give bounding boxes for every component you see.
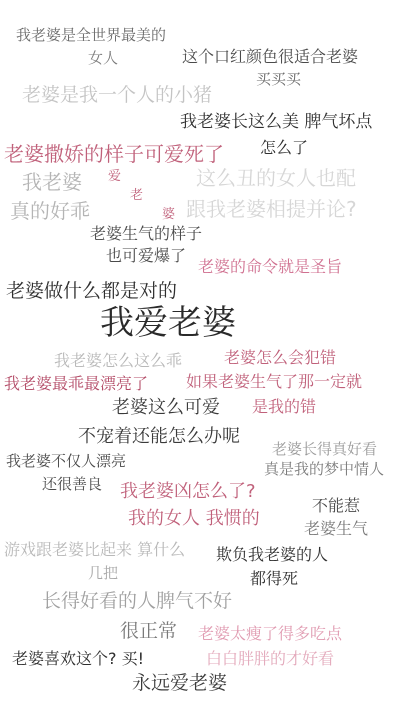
phrase-text: 永远爱老婆 [132, 674, 227, 693]
phrase-text: 老婆撒娇的样子可爱死了 [4, 144, 224, 164]
phrase-text: 我老婆 [22, 172, 82, 192]
phrase-text: 我老婆最乖最漂亮了 [4, 376, 148, 392]
phrase-text: 婆 [162, 208, 175, 221]
phrase-text: 女人 [88, 51, 118, 66]
phrase-text: 我爱老婆 [100, 306, 236, 340]
phrase-text: 很正常 [120, 622, 177, 641]
phrase-text: 我的女人 我惯的 [128, 510, 260, 528]
phrase-text: 我老婆不仅人漂亮 [6, 454, 126, 469]
phrase-text: 老婆喜欢这个? 买! [12, 651, 144, 667]
phrase-text: 这么丑的女人也配 [196, 168, 356, 188]
phrase-text: 我老婆是全世界最美的 [16, 28, 166, 43]
phrase-text: 我老婆怎么这么乖 [54, 353, 182, 369]
phrase-text: 真的好乖 [10, 201, 90, 221]
phrase-text: 这个口红颜色很适合老婆 [182, 49, 358, 65]
phrase-text: 欺负我老婆的人 [216, 547, 328, 563]
phrase-text: 老婆怎么会犯错 [224, 350, 336, 366]
phrase-text: 老婆是我一个人的小猪 [22, 86, 212, 105]
phrase-text: 真是我的梦中情人 [264, 462, 384, 477]
phrase-text: 几把 [88, 566, 118, 581]
phrase-text: 老婆长得真好看 [272, 442, 377, 457]
phrase-text: 爱 [108, 170, 121, 183]
phrase-text: 买买买 [256, 72, 301, 87]
phrase-text: 老婆这么可爱 [112, 399, 220, 417]
phrase-text: 游戏跟老婆比起来 算什么 [4, 542, 185, 558]
phrase-text: 老婆生气 [304, 521, 368, 537]
phrase-text: 不能惹 [312, 498, 360, 514]
phrase-text: 还很善良 [42, 477, 102, 492]
phrase-text: 如果老婆生气了那一定就 [186, 374, 362, 390]
phrase-text: 我老婆长这么美 脾气坏点 [180, 114, 372, 131]
phrase-text: 也可爱爆了 [106, 248, 186, 264]
phrase-text: 是我的错 [252, 399, 316, 415]
phrase-text: 都得死 [250, 571, 298, 587]
phrase-text: 老婆的命令就是圣旨 [198, 259, 342, 275]
phrase-text: 老婆做什么都是对的 [6, 282, 177, 301]
phrase-text: 不宠着还能怎么办呢 [78, 428, 240, 446]
phrase-text: 老 [130, 189, 143, 202]
phrase-text: 老婆太瘦了得多吃点 [198, 626, 342, 642]
phrase-text: 怎么了 [260, 140, 308, 156]
phrase-text: 长得好看的人脾气不好 [42, 592, 232, 611]
phrase-text: 白白胖胖的才好看 [206, 651, 334, 667]
phrase-text: 老婆生气的样子 [90, 226, 202, 242]
phrase-text: 跟我老婆相提并论? [186, 199, 357, 219]
phrase-text: 我老婆凶怎么了? [120, 483, 256, 501]
